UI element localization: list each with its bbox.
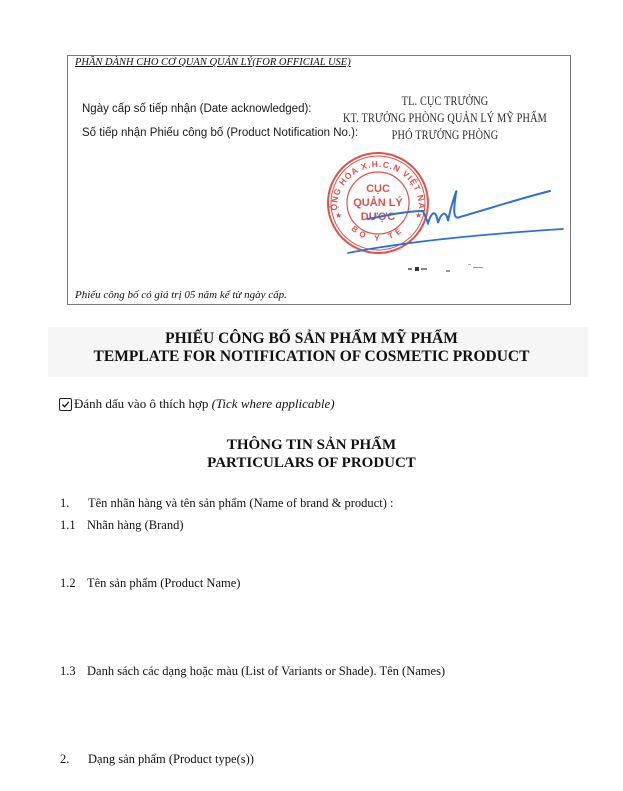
item-brand-and-product-name: 1.Tên nhãn hàng và tên sản phẩm (Name of…: [60, 496, 393, 511]
section-title: THÔNG TIN SẢN PHẨM PARTICULARS OF PRODUC…: [0, 436, 623, 472]
signatory-line-2: KT. TRƯỞNG PHÒNG QUẢN LÝ MỸ PHẨM: [343, 110, 548, 127]
title-vietnamese: PHIẾU CÔNG BỐ SẢN PHẨM MỸ PHẨM: [0, 330, 623, 348]
item-number: 2.: [60, 752, 88, 767]
tick-instruction-en: (Tick where applicable): [212, 396, 335, 412]
official-use-box: PHẦN DÀNH CHO CƠ QUAN QUẢN LÝ(FOR OFFICI…: [67, 55, 571, 305]
item-label: Nhãn hàng (Brand): [87, 518, 184, 532]
signatory-block: TL. CỤC TRƯỞNG KT. TRƯỞNG PHÒNG QUẢN LÝ …: [343, 93, 548, 144]
item-label: Danh sách các dạng hoặc màu (List of Var…: [87, 664, 445, 678]
item-label: Dạng sản phẩm (Product type(s)): [88, 752, 254, 766]
title-english: TEMPLATE FOR NOTIFICATION OF COSMETIC PR…: [0, 348, 623, 366]
section-title-vietnamese: THÔNG TIN SẢN PHẨM: [0, 436, 623, 454]
signature-icon: [328, 171, 568, 261]
item-number: 1.: [60, 496, 88, 511]
signatory-line-3: PHÓ TRƯỞNG PHÒNG: [343, 127, 548, 144]
item-variants-list: 1.3Danh sách các dạng hoặc màu (List of …: [60, 664, 445, 679]
validity-note: Phiếu công bố có giá trị 05 năm kể từ ng…: [75, 289, 287, 301]
item-product-type: 2.Dạng sản phẩm (Product type(s)): [60, 752, 254, 767]
tick-instruction-vi: Đánh dấu vào ô thích hợp: [74, 396, 208, 412]
blurred-date-mark: [408, 264, 498, 274]
notification-number-label: Số tiếp nhận Phiếu công bố (Product Noti…: [82, 127, 358, 139]
item-label: Tên nhãn hàng và tên sản phẩm (Name of b…: [88, 496, 393, 510]
item-product-name: 1.2Tên sản phẩm (Product Name): [60, 576, 240, 591]
item-number: 1.1: [60, 518, 87, 533]
document-title: PHIẾU CÔNG BỐ SẢN PHẨM MỸ PHẨM TEMPLATE …: [0, 330, 623, 366]
item-number: 1.3: [60, 664, 87, 679]
tick-instruction: Đánh dấu vào ô thích hợp (Tick where app…: [59, 396, 335, 412]
section-title-english: PARTICULARS OF PRODUCT: [0, 454, 623, 472]
item-number: 1.2: [60, 576, 87, 591]
official-use-header: PHẦN DÀNH CHO CƠ QUAN QUẢN LÝ(FOR OFFICI…: [75, 57, 351, 68]
item-brand: 1.1Nhãn hàng (Brand): [60, 518, 184, 533]
signatory-line-1: TL. CỤC TRƯỞNG: [343, 93, 548, 110]
date-acknowledged-label: Ngày cấp số tiếp nhận (Date acknowledged…: [82, 103, 312, 115]
item-label: Tên sản phẩm (Product Name): [87, 576, 240, 590]
checkbox-checked-icon: [59, 398, 72, 411]
